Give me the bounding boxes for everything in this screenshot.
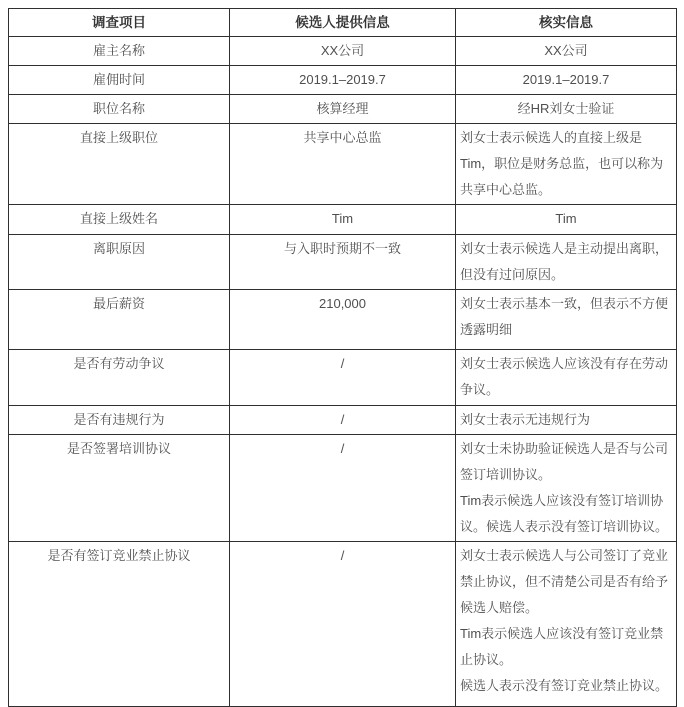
page: 调查项目 候选人提供信息 核实信息 雇主名称 XX公司 XX公司 雇佣时间 20… (0, 0, 684, 699)
table-row-employment-period: 雇佣时间 2019.1–2019.7 2019.1–2019.7 (9, 66, 677, 95)
table-row-position-title: 职位名称 核算经理 经HR刘女士验证 (9, 95, 677, 124)
item-cell: 是否有劳动争议 (9, 350, 230, 406)
table-header-row: 调查项目 候选人提供信息 核实信息 (9, 9, 677, 37)
verified-paragraph: Tim表示候选人应该没有签订竞业禁止协议。 (460, 621, 672, 673)
verified-cell: Tim (456, 205, 677, 235)
candidate-cell: 210,000 (230, 290, 456, 350)
item-cell: 最后薪资 (9, 290, 230, 350)
table-row-last-salary: 最后薪资 210,000 刘女士表示基本一致，但表示不方便透露明细 (9, 290, 677, 350)
verified-cell: 2019.1–2019.7 (456, 66, 677, 95)
item-cell: 是否有签订竞业禁止协议 (9, 542, 230, 707)
table-row-supervisor-position: 直接上级职位 共享中心总监 刘女士表示候选人的直接上级是Tim，职位是财务总监，… (9, 124, 677, 205)
verified-paragraph: 候选人表示没有签订竞业禁止协议。 (460, 673, 672, 699)
verified-cell: 刘女士表示候选人与公司签订了竞业禁止协议，但不清楚公司是否有给予候选人赔偿。 T… (456, 542, 677, 707)
item-cell: 直接上级职位 (9, 124, 230, 205)
reference-check-table: 调查项目 候选人提供信息 核实信息 雇主名称 XX公司 XX公司 雇佣时间 20… (8, 8, 677, 707)
table-row-employer-name: 雇主名称 XX公司 XX公司 (9, 37, 677, 66)
verified-paragraph: 刘女士表示候选人应该没有存在劳动争议。 (460, 351, 672, 403)
table-row-non-compete-agreement: 是否有签订竞业禁止协议 / 刘女士表示候选人与公司签订了竞业禁止协议，但不清楚公… (9, 542, 677, 707)
candidate-cell: 共享中心总监 (230, 124, 456, 205)
header-verified-info: 核实信息 (456, 9, 677, 37)
candidate-cell: 与入职时预期不一致 (230, 235, 456, 290)
item-cell: 雇佣时间 (9, 66, 230, 95)
candidate-cell: / (230, 406, 456, 435)
item-cell: 雇主名称 (9, 37, 230, 66)
table-row-violation: 是否有违规行为 / 刘女士表示无违规行为 (9, 406, 677, 435)
verified-paragraph: 刘女士表示无违规行为 (460, 407, 672, 433)
verified-cell: 经HR刘女士验证 (456, 95, 677, 124)
item-cell: 直接上级姓名 (9, 205, 230, 235)
verified-cell: 刘女士表示基本一致，但表示不方便透露明细 (456, 290, 677, 350)
table-row-labor-dispute: 是否有劳动争议 / 刘女士表示候选人应该没有存在劳动争议。 (9, 350, 677, 406)
verified-cell: 刘女士表示无违规行为 (456, 406, 677, 435)
item-cell: 是否签署培训协议 (9, 435, 230, 542)
verified-cell: 刘女士表示候选人的直接上级是Tim，职位是财务总监，也可以称为共享中心总监。 (456, 124, 677, 205)
candidate-cell: / (230, 542, 456, 707)
candidate-cell: / (230, 435, 456, 542)
candidate-cell: XX公司 (230, 37, 456, 66)
table-row-supervisor-name: 直接上级姓名 Tim Tim (9, 205, 677, 235)
verified-paragraph: 刘女士未协助验证候选人是否与公司签订培训协议。 (460, 436, 672, 488)
header-survey-item: 调查项目 (9, 9, 230, 37)
verified-cell: 刘女士表示候选人是主动提出离职，但没有过问原因。 (456, 235, 677, 290)
verified-paragraph: 刘女士表示候选人是主动提出离职，但没有过问原因。 (460, 236, 672, 288)
verified-paragraph: 刘女士表示基本一致，但表示不方便透露明细 (460, 291, 672, 343)
candidate-cell: 核算经理 (230, 95, 456, 124)
candidate-cell: 2019.1–2019.7 (230, 66, 456, 95)
header-candidate-info: 候选人提供信息 (230, 9, 456, 37)
verified-cell: 刘女士表示候选人应该没有存在劳动争议。 (456, 350, 677, 406)
item-cell: 职位名称 (9, 95, 230, 124)
item-cell: 离职原因 (9, 235, 230, 290)
verified-cell: 刘女士未协助验证候选人是否与公司签订培训协议。 Tim表示候选人应该没有签订培训… (456, 435, 677, 542)
candidate-cell: / (230, 350, 456, 406)
verified-paragraph: Tim表示候选人应该没有签订培训协议。候选人表示没有签订培训协议。 (460, 488, 672, 540)
candidate-cell: Tim (230, 205, 456, 235)
verified-paragraph: 刘女士表示候选人与公司签订了竞业禁止协议，但不清楚公司是否有给予候选人赔偿。 (460, 543, 672, 621)
table-row-leaving-reason: 离职原因 与入职时预期不一致 刘女士表示候选人是主动提出离职，但没有过问原因。 (9, 235, 677, 290)
verified-cell: XX公司 (456, 37, 677, 66)
table-row-training-agreement: 是否签署培训协议 / 刘女士未协助验证候选人是否与公司签订培训协议。 Tim表示… (9, 435, 677, 542)
verified-paragraph: 刘女士表示候选人的直接上级是Tim，职位是财务总监，也可以称为共享中心总监。 (460, 125, 672, 203)
item-cell: 是否有违规行为 (9, 406, 230, 435)
